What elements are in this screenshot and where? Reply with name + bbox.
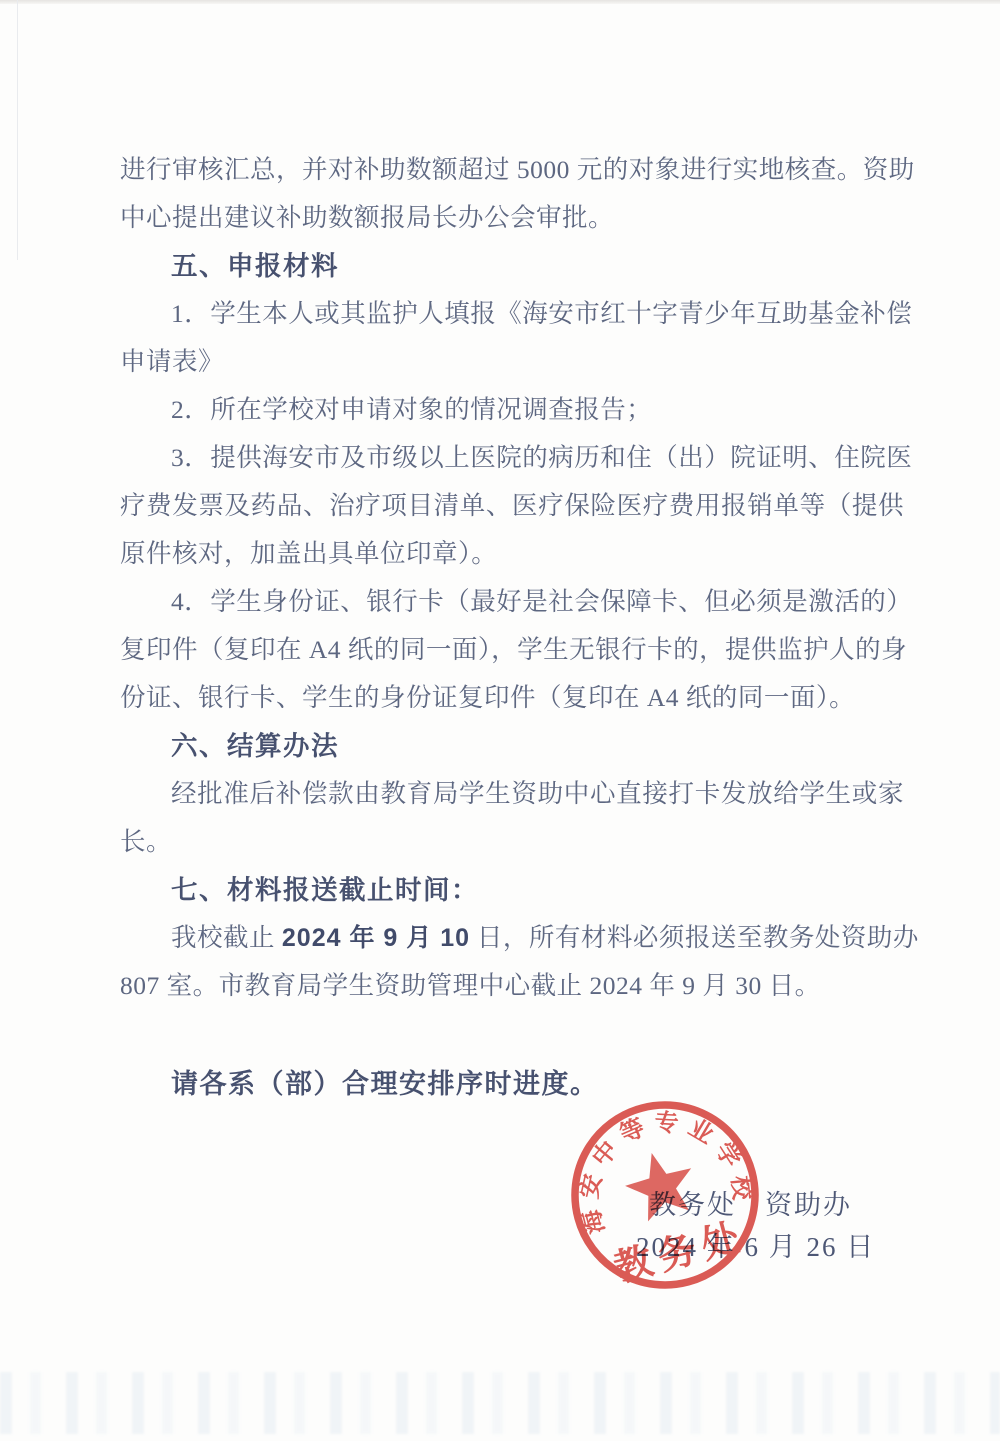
document-line: 4．学生身份证、银行卡（最好是社会保障卡、但必须是激活的）: [120, 578, 904, 626]
document-line: 五、申报材料: [120, 242, 904, 290]
document-line: 复印件（复印在 A4 纸的同一面），学生无银行卡的，提供监护人的身: [120, 626, 904, 674]
document-line: 请各系（部）合理安排序时进度。: [120, 1060, 904, 1108]
star-icon: [619, 1144, 702, 1225]
document-line: 六、结算办法: [120, 722, 904, 770]
document-line: 原件核对，加盖出具单位印章）。: [120, 530, 904, 578]
document-line: 3．提供海安市及市级以上医院的病历和住（出）院证明、住院医: [120, 434, 904, 482]
scan-bottom-artifact: [0, 1372, 1000, 1434]
document-line: 长。: [120, 818, 904, 866]
document-line: 申请表》: [120, 338, 904, 386]
document-line: 2．所在学校对申请对象的情况调查报告；: [120, 386, 904, 434]
document-line: 我校截止 2024 年 9 月 10 日，所有材料必须报送至教务处资助办: [120, 914, 904, 962]
stamp-bottom-text: 教务处: [610, 1215, 751, 1291]
document-body: 进行审核汇总，并对补助数额超过 5000 元的对象进行实地核查。资助中心提出建议…: [120, 146, 904, 1108]
scan-left-edge: [17, 0, 18, 260]
official-stamp-seal: 海安中等专业学校 教务处: [561, 1091, 769, 1299]
document-line: 份证、银行卡、学生的身份证复印件（复印在 A4 纸的同一面）。: [120, 674, 904, 722]
document-line: 807 室。市教育局学生资助管理中心截止 2024 年 9 月 30 日。: [120, 962, 904, 1010]
document-page: 进行审核汇总，并对补助数额超过 5000 元的对象进行实地核查。资助中心提出建议…: [0, 0, 1000, 1441]
document-line: 七、材料报送截止时间：: [120, 866, 904, 914]
document-line: 1．学生本人或其监护人填报《海安市红十字青少年互助基金补偿: [120, 290, 904, 338]
stamp-graphic: 海安中等专业学校 教务处: [561, 1091, 769, 1299]
document-line: 中心提出建议补助数额报局长办公会审批。: [120, 194, 904, 242]
scan-top-edge: [0, 0, 1000, 4]
document-line: 进行审核汇总，并对补助数额超过 5000 元的对象进行实地核查。资助: [120, 146, 904, 194]
document-line: 经批准后补偿款由教育局学生资助中心直接打卡发放给学生或家: [120, 770, 904, 818]
document-line: 疗费发票及药品、治疗项目清单、医疗保险医疗费用报销单等（提供: [120, 482, 904, 530]
